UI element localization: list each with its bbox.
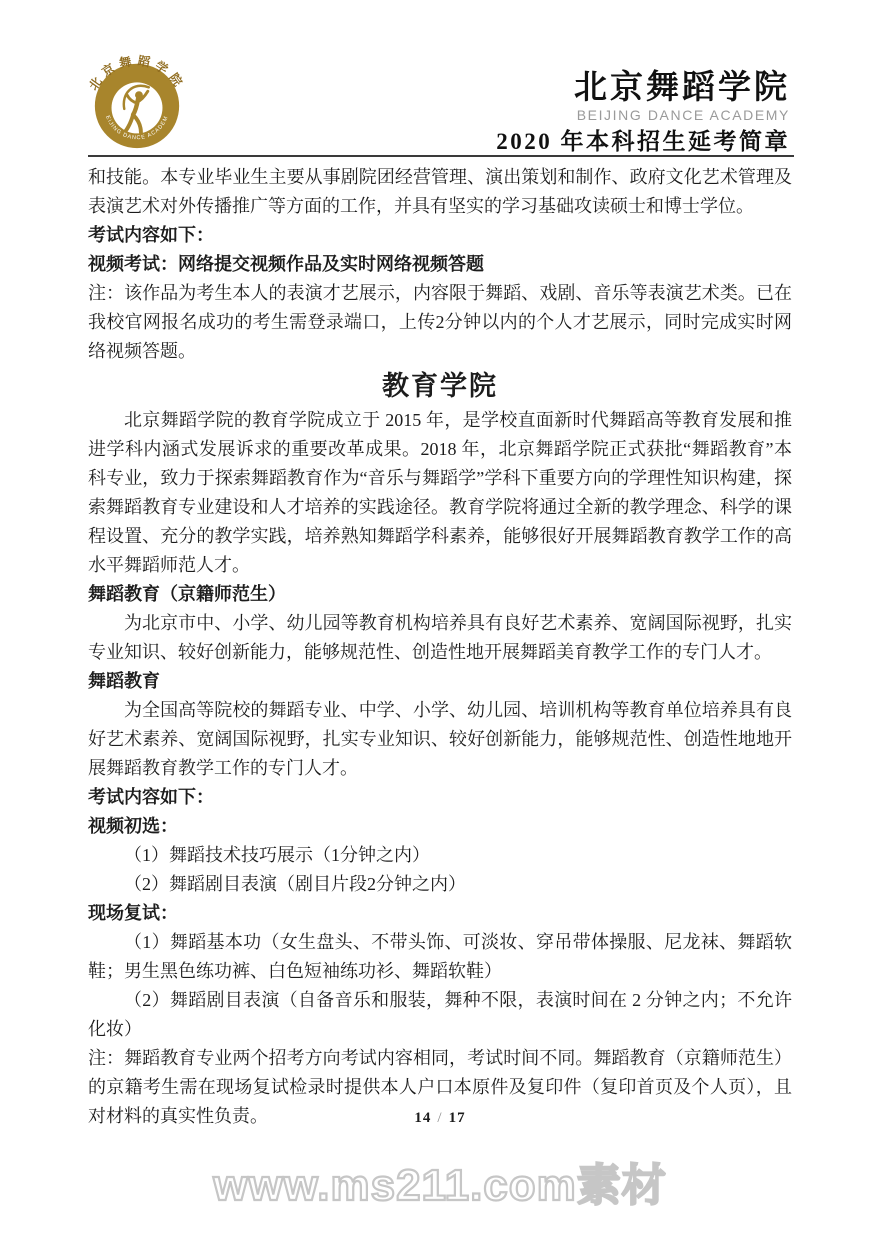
page-number-current: 14 [414,1110,431,1126]
video-exam-line: 视频考试：网络提交视频作品及实时网络视频答题 [88,250,792,279]
major-desc-dance-education-beijing: 为北京市中、小学、幼儿园等教育机构培养具有良好艺术素养、宽阔国际视野，扎实专业知… [88,609,792,667]
onsite-round-item-2: （2）舞蹈剧目表演（自备音乐和服装，舞种不限，表演时间在 2 分钟之内；不允许化… [88,986,792,1044]
note-1: 注：该作品为考生本人的表演才艺展示，内容限于舞蹈、戏剧、音乐等表演艺术类。已在我… [88,279,792,366]
page-number-total: 17 [449,1110,466,1126]
watermark: www.ms211.com素材 [205,1154,675,1223]
header-rule [88,155,794,157]
school-seal-logo: 北京舞蹈学院 BEIJING DANCE ACADEMY [88,54,186,152]
seal-icon: 北京舞蹈学院 BEIJING DANCE ACADEMY [88,54,186,152]
brochure-subtitle: 2020 年本科招生延考简章 [496,127,790,157]
major-title-dance-education-beijing: 舞蹈教育（京籍师范生） [88,580,792,609]
page-number: 14/17 [0,1110,880,1127]
exam-content-label-1: 考试内容如下： [88,221,792,250]
document-body: 和技能。本专业毕业生主要从事剧院团经营管理、演出策划和制作、政府文化艺术管理及表… [88,163,792,1131]
document-page: 北京舞蹈学院 BEIJING DANCE ACADEMY 北京舞蹈学院 BEIJ… [0,0,880,1244]
watermark-text: www.ms211.com素材 [212,1161,667,1210]
onsite-round-label: 现场复试： [88,899,792,928]
major-desc-dance-education: 为全国高等院校的舞蹈专业、中学、小学、幼儿园、培训机构等教育单位培养具有良好艺术… [88,696,792,783]
exam-content-label-2: 考试内容如下： [88,783,792,812]
intro-paragraph: 北京舞蹈学院的教育学院成立于 2015 年，是学校直面新时代舞蹈高等教育发展和推… [88,406,792,580]
continuation-paragraph: 和技能。本专业毕业生主要从事剧院团经营管理、演出策划和制作、政府文化艺术管理及表… [88,163,792,221]
onsite-round-item-1: （1）舞蹈基本功（女生盘头、不带头饰、可淡妆、穿吊带体操服、尼龙袜、舞蹈软鞋；男… [88,928,792,986]
video-round-item-2: （2）舞蹈剧目表演（剧目片段2分钟之内） [88,870,792,899]
page-number-separator: / [431,1110,448,1126]
video-round-item-1: （1）舞蹈技术技巧展示（1分钟之内） [88,841,792,870]
section-heading-education-school: 教育学院 [88,366,792,406]
major-title-dance-education: 舞蹈教育 [88,667,792,696]
academy-name-cn: 北京舞蹈学院 [496,70,790,106]
header-titles: 北京舞蹈学院 BEIJING DANCE ACADEMY 2020 年本科招生延… [496,70,790,157]
video-round-label: 视频初选： [88,812,792,841]
academy-name-en: BEIJING DANCE ACADEMY [496,107,790,123]
